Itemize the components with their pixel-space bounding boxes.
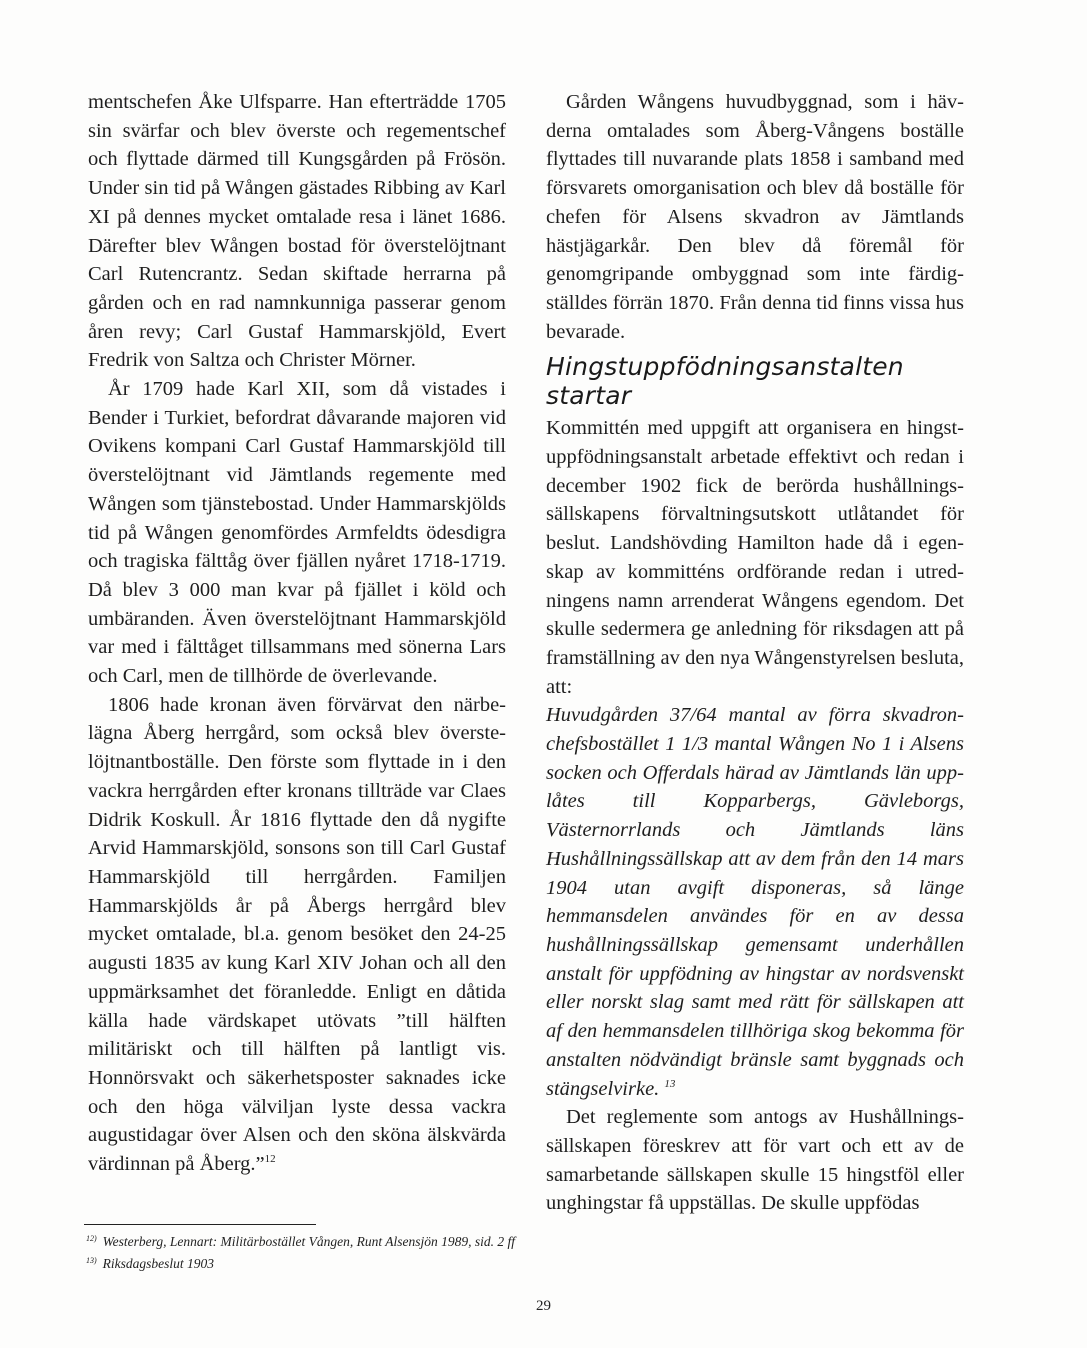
body-paragraph: Gården Wångens huvudbyggnad, som i häv­d… [546, 88, 964, 346]
quoted-decision: Huvudgården 37/64 mantal av förra skvadr… [546, 701, 964, 1103]
footnote-number: 13) [86, 1256, 97, 1265]
section-heading: Hingstuppfödningsanstalten startar [546, 352, 964, 410]
body-paragraph: Kommittén med uppgift att organisera en … [546, 414, 964, 701]
left-text-column: mentschefen Åke Ulfsparre. Han efterträd… [88, 88, 506, 1179]
body-paragraph: mentschefen Åke Ulfsparre. Han efterträd… [88, 88, 506, 375]
quote-text: Huvudgården 37/64 mantal av förra skvadr… [546, 704, 964, 1099]
body-paragraph: Det reglemente som antogs av Hushållning… [546, 1103, 964, 1218]
body-paragraph: 1806 hade kronan även förvärvat den närb… [88, 691, 506, 1179]
footnote-reference: 12 [265, 1153, 276, 1165]
footnote-divider [84, 1224, 316, 1225]
footnote-number: 12) [86, 1234, 97, 1243]
footnote-text: Westerberg, Lennart: Militärbostället Vå… [103, 1234, 515, 1249]
footnote-reference: 13 [664, 1078, 675, 1090]
right-text-column: Gården Wångens huvudbyggnad, som i häv­d… [546, 88, 964, 1218]
footnotes: 12)Westerberg, Lennart: Militärbostället… [86, 1229, 515, 1273]
footnote-text: Riksdagsbeslut 1903 [103, 1256, 214, 1271]
paragraph-text: 1806 hade kronan även förvärvat den närb… [88, 694, 506, 1175]
footnote-item: 13)Riksdagsbeslut 1903 [86, 1251, 515, 1273]
footnote-item: 12)Westerberg, Lennart: Militärbostället… [86, 1229, 515, 1251]
page-number: 29 [0, 1298, 1087, 1315]
body-paragraph: År 1709 hade Karl XII, som då vistades i… [88, 375, 506, 691]
